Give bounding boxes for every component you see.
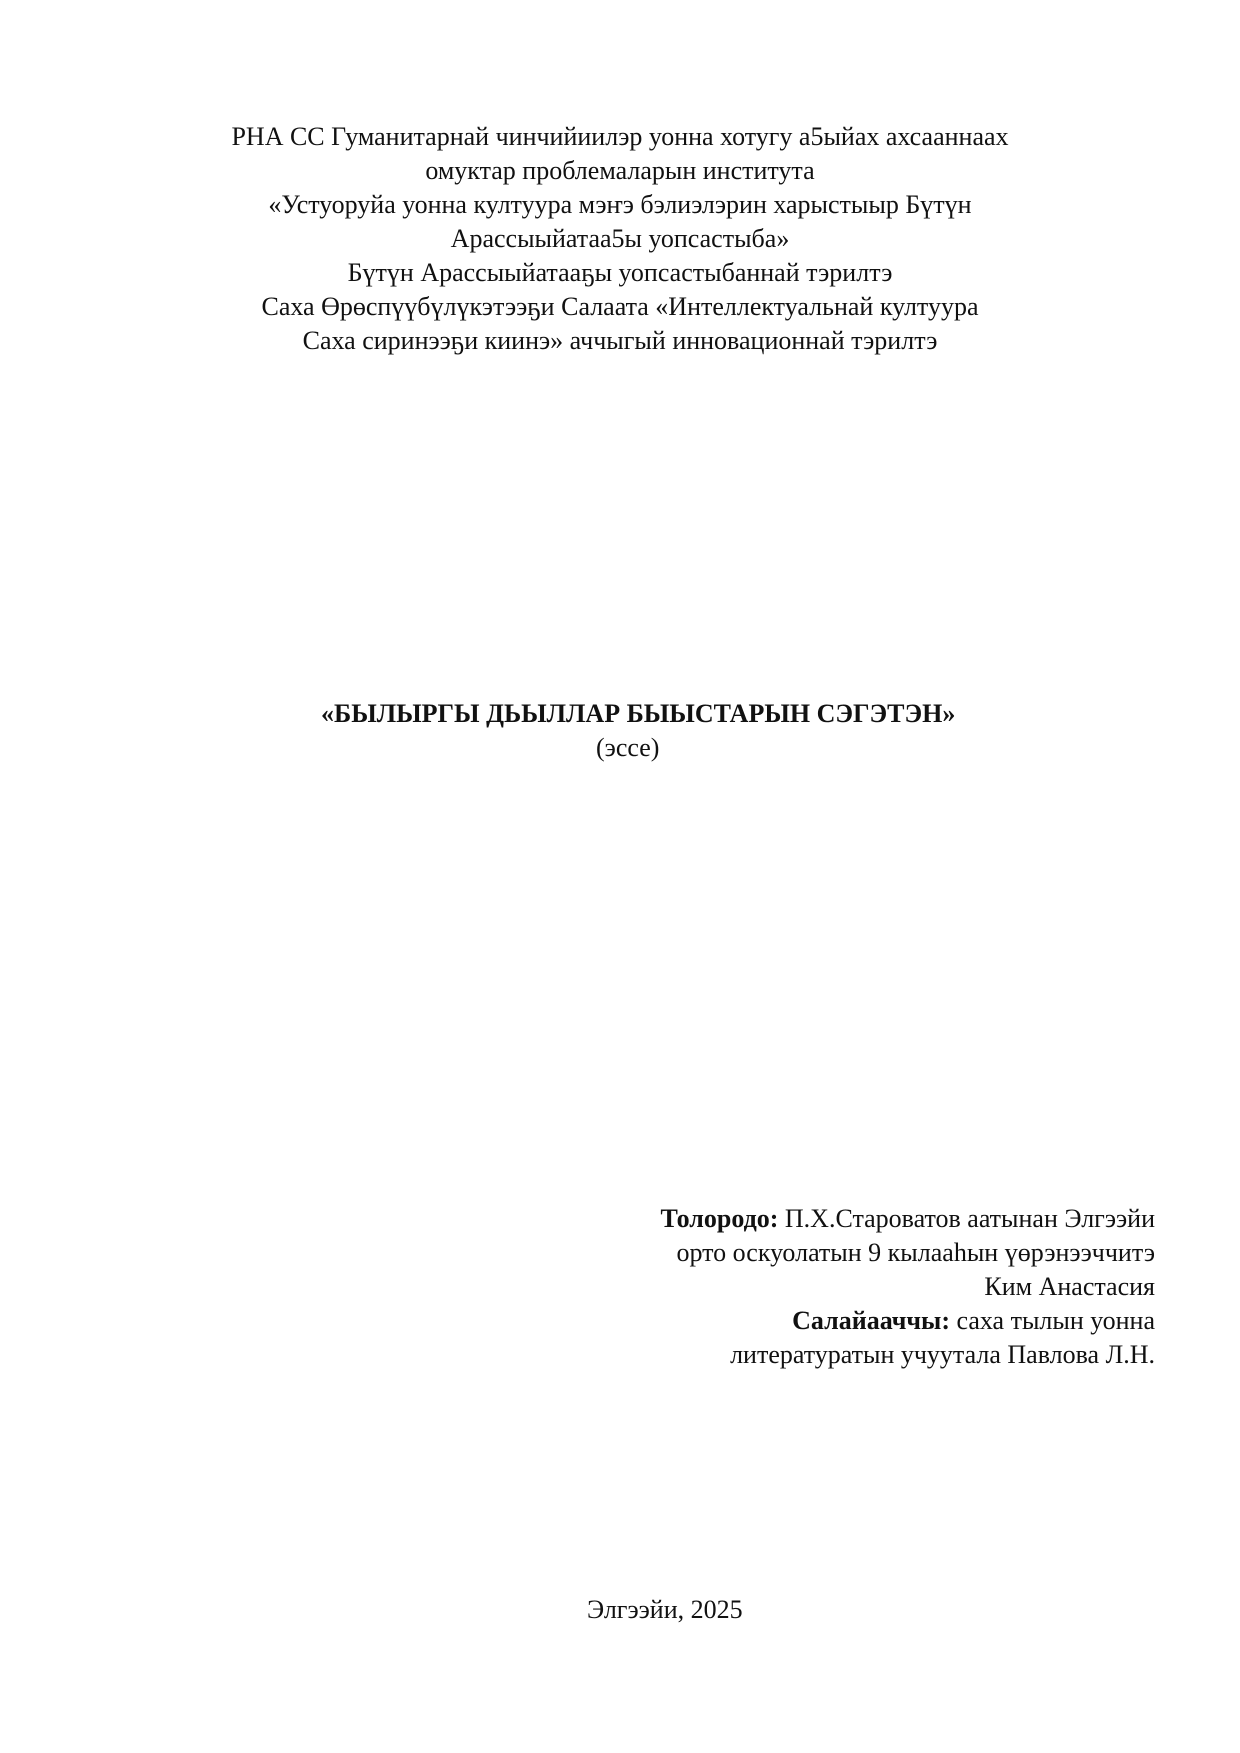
- document-genre: (эссе): [0, 731, 1240, 765]
- header-line-2: омуктар проблемаларын института: [0, 154, 1240, 188]
- organization-header: РНА СС Гуманитарнай чинчийиилэр уонна хо…: [0, 120, 1240, 358]
- header-line-1: РНА СС Гуманитарнай чинчийиилэр уонна хо…: [0, 120, 1240, 154]
- header-line-4: Арассыыйатаа5ы уопсастыба»: [0, 222, 1240, 256]
- author-class: орто оскуолатын 9 кылааһын үөрэнээччитэ: [660, 1236, 1155, 1270]
- author-info: Толородо: П.Х.Староватов аатынан Элгээйи…: [660, 1202, 1155, 1372]
- supervisor-name: литературатын учуутала Павлова Л.Н.: [660, 1338, 1155, 1372]
- header-line-5: Бүтүн Арассыыйатааҕы уопсастыбаннай тэри…: [0, 256, 1240, 290]
- author-line: Толородо: П.Х.Староватов аатынан Элгээйи: [660, 1202, 1155, 1236]
- place-year: Элгээйи, 2025: [0, 1593, 743, 1627]
- header-line-6: Саха Өрөспүүбүлүкэтээҕи Салаата «Интелле…: [0, 290, 1240, 324]
- author-name: Ким Анастасия: [660, 1270, 1155, 1304]
- footer-place-year: Элгээйи, 2025: [0, 1593, 1240, 1627]
- supervisor-line: Салайааччы: саха тылын уонна: [660, 1304, 1155, 1338]
- document-page: РНА СС Гуманитарнай чинчийиилэр уонна хо…: [0, 0, 1240, 1753]
- document-title-block: «БЫЛЫРГЫ ДЬЫЛЛАР БЫЫСТАРЫН СЭГЭТЭН» (эсс…: [0, 697, 1240, 765]
- document-title: «БЫЛЫРГЫ ДЬЫЛЛАР БЫЫСТАРЫН СЭГЭТЭН»: [0, 697, 1240, 731]
- supervisor-subject: саха тылын уонна: [950, 1306, 1155, 1335]
- author-label: Толородо:: [660, 1204, 778, 1233]
- header-line-3: «Устуоруйа уонна култуура мэҥэ бэлиэлэри…: [0, 188, 1240, 222]
- supervisor-label: Салайааччы:: [792, 1306, 950, 1335]
- author-school: П.Х.Староватов аатынан Элгээйи: [778, 1204, 1155, 1233]
- header-line-7: Саха сиринээҕи киинэ» аччыгый инновацион…: [0, 324, 1240, 358]
